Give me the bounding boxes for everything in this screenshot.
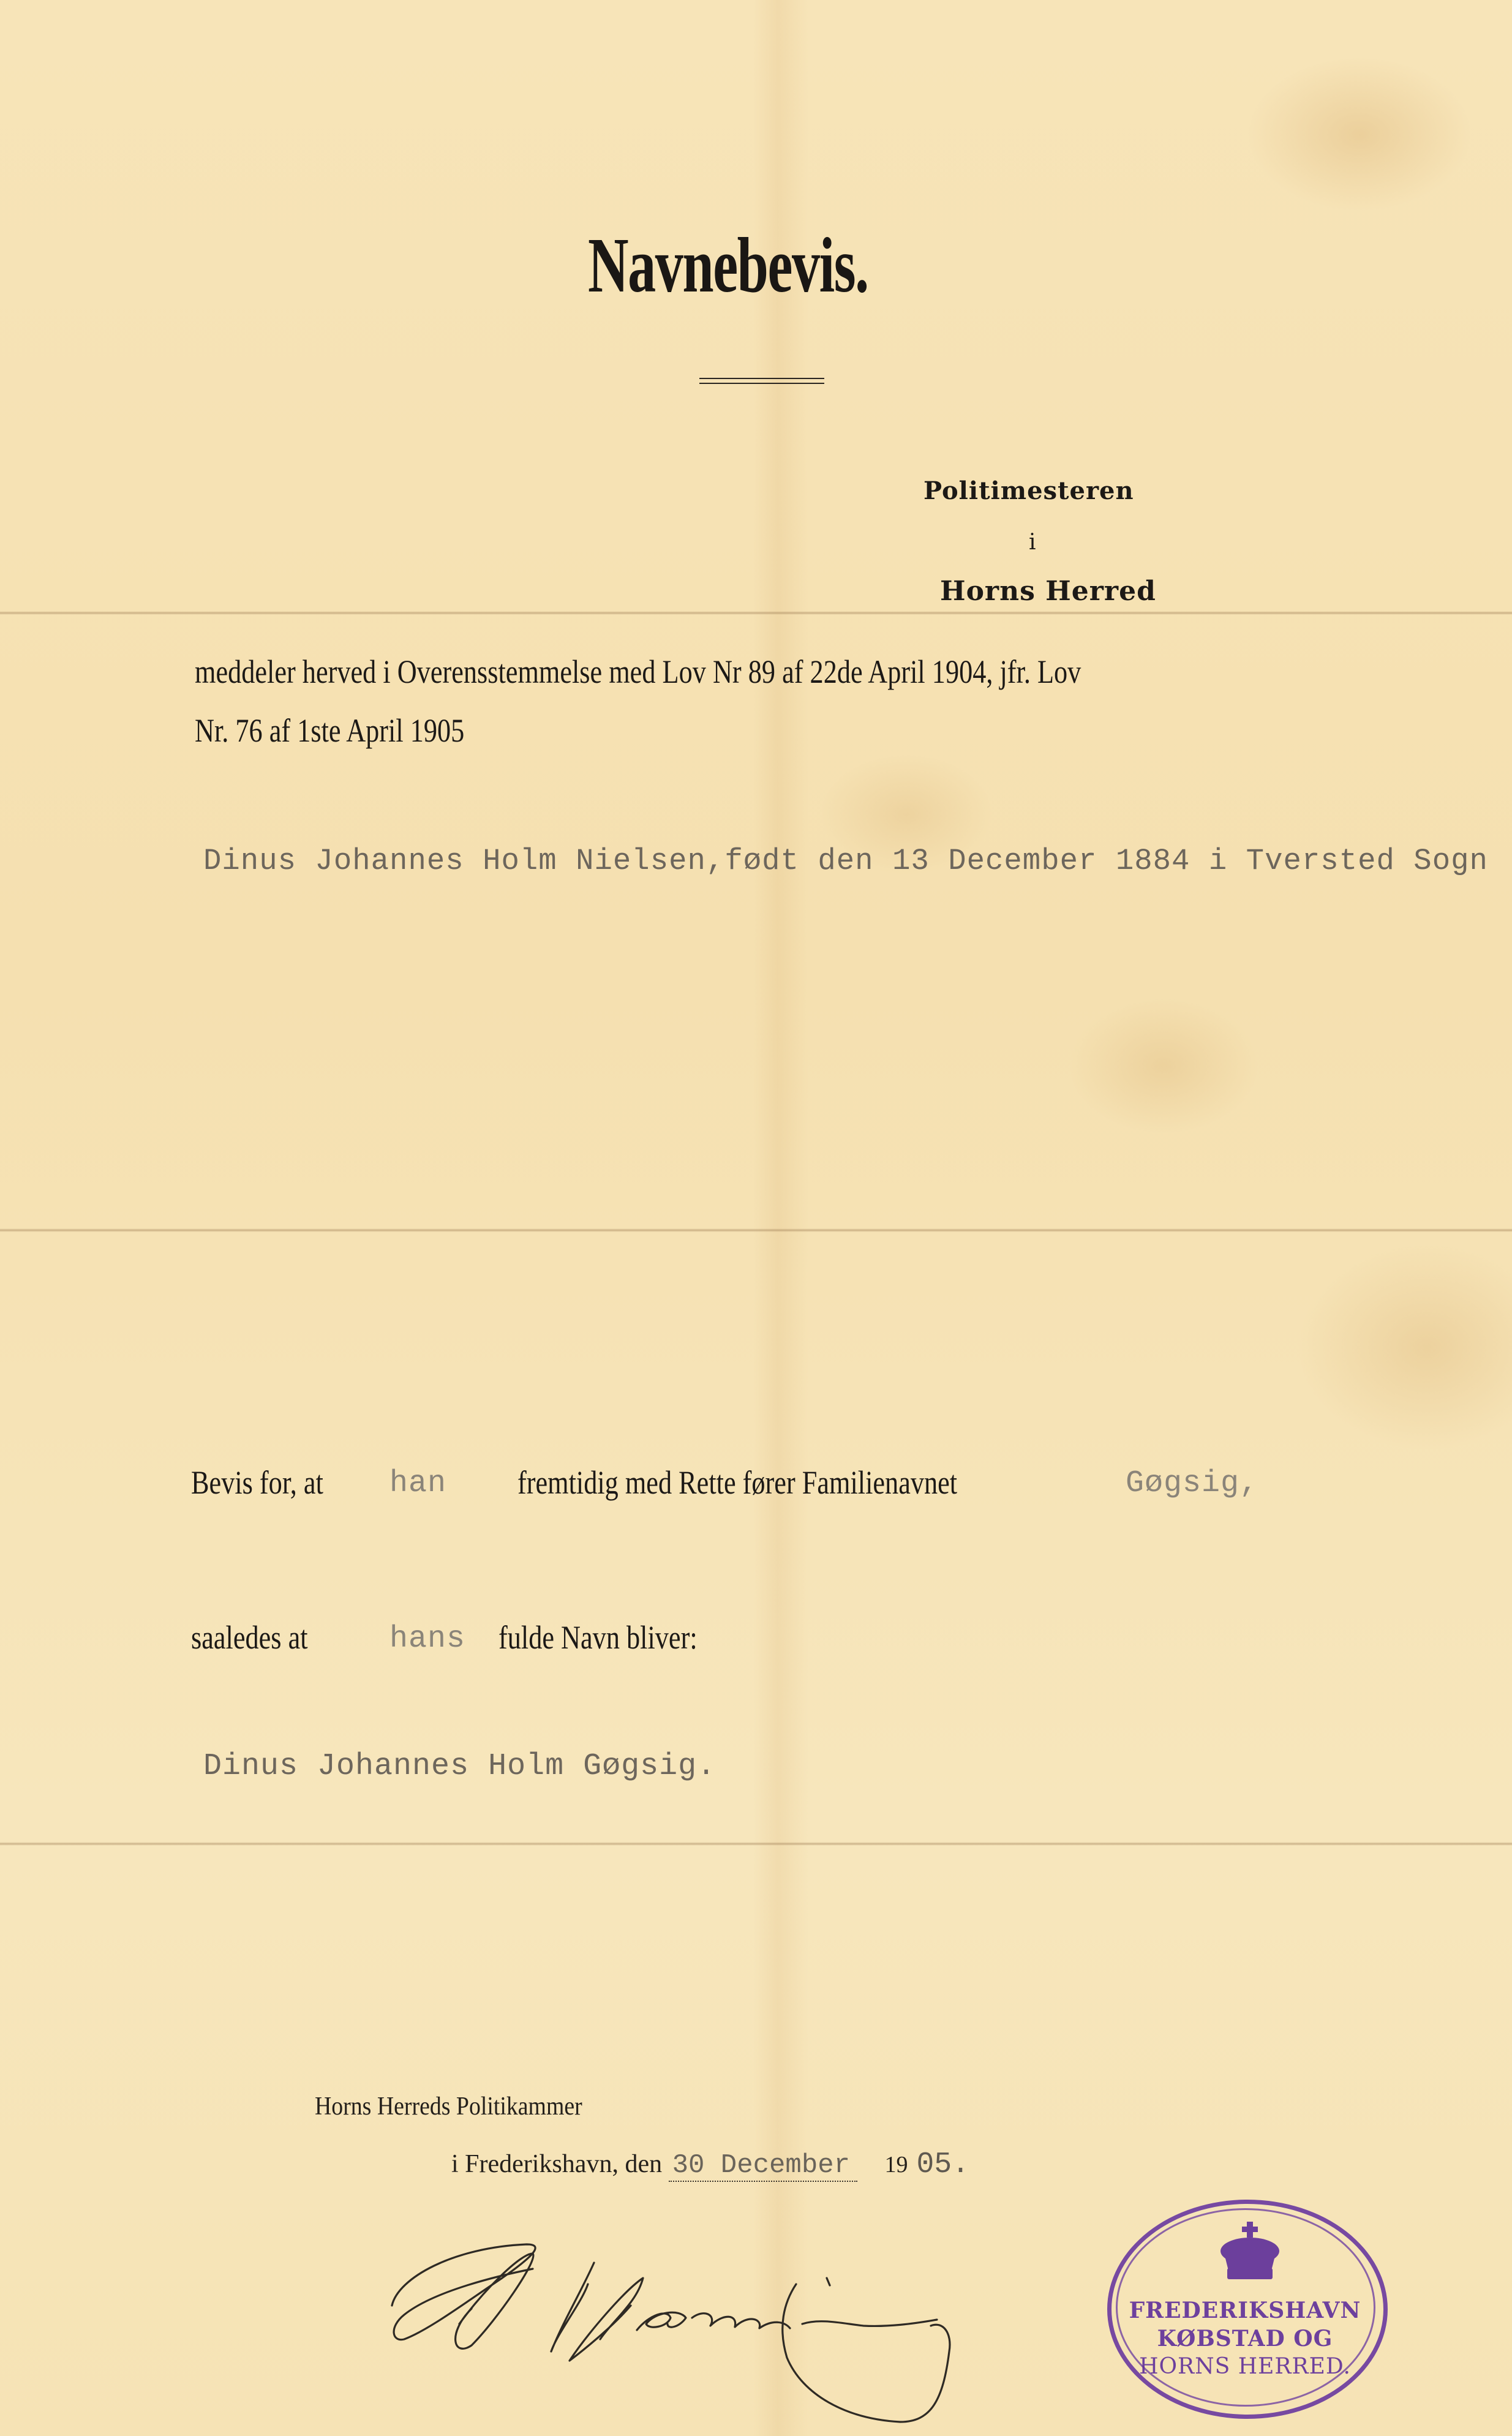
- result-text: fulde Navn bliver:: [498, 1618, 698, 1656]
- stamp-text-line-2: KØBSTAD OG: [1107, 2326, 1383, 2351]
- paper-fold-bottom: [0, 1842, 1512, 1846]
- preamble-line-1: meddeler herved i Overensstemmelse med L…: [195, 653, 1081, 691]
- result-pronoun: hans: [389, 1622, 465, 1656]
- certification-pronoun: han: [389, 1466, 446, 1501]
- issuing-office: Horns Herreds Politikammer: [315, 2092, 582, 2121]
- crown-icon: [1216, 2220, 1284, 2282]
- paper-fold-top: [0, 611, 1512, 615]
- paper-fold-middle: [0, 1228, 1512, 1232]
- certification-label: Bevis for, at: [191, 1464, 323, 1502]
- document-title: Navnebevis.: [588, 220, 868, 310]
- date-day-month-field: 30 December: [669, 2150, 857, 2182]
- stamp-text-line-3: HORNS HERRED.: [1107, 2354, 1383, 2379]
- family-name-value: Gøgsig,: [1126, 1466, 1258, 1501]
- result-label: saaledes at: [191, 1618, 308, 1656]
- preamble-line-2: Nr. 76 af 1ste April 1905: [195, 712, 464, 750]
- subject-birth-line: Dinus Johannes Holm Nielsen,født den 13 …: [203, 844, 1488, 878]
- year-suffix: 05.: [917, 2148, 969, 2181]
- issuer-district: Horns Herred: [940, 576, 1156, 607]
- stamp-text-line-1: FREDERIKSHAVN: [1107, 2298, 1383, 2323]
- year-prefix: 19: [885, 2151, 908, 2178]
- place-date-line: i Frederikshavn, den 30 December 1905.: [451, 2148, 969, 2182]
- place-prefix: i Frederikshavn, den: [451, 2149, 662, 2179]
- certification-text: fremtidig med Rette fører Familienavnet: [517, 1464, 957, 1502]
- issuer-title: Politimesteren: [923, 476, 1134, 505]
- full-name-value: Dinus Johannes Holm Gøgsig.: [203, 1749, 716, 1784]
- official-stamp: FREDERIKSHAVN KØBSTAD OG HORNS HERRED.: [1107, 2200, 1383, 2414]
- title-double-rule: [699, 378, 824, 384]
- signature-icon: [380, 2217, 1115, 2436]
- issuer-preposition: i: [1029, 530, 1036, 555]
